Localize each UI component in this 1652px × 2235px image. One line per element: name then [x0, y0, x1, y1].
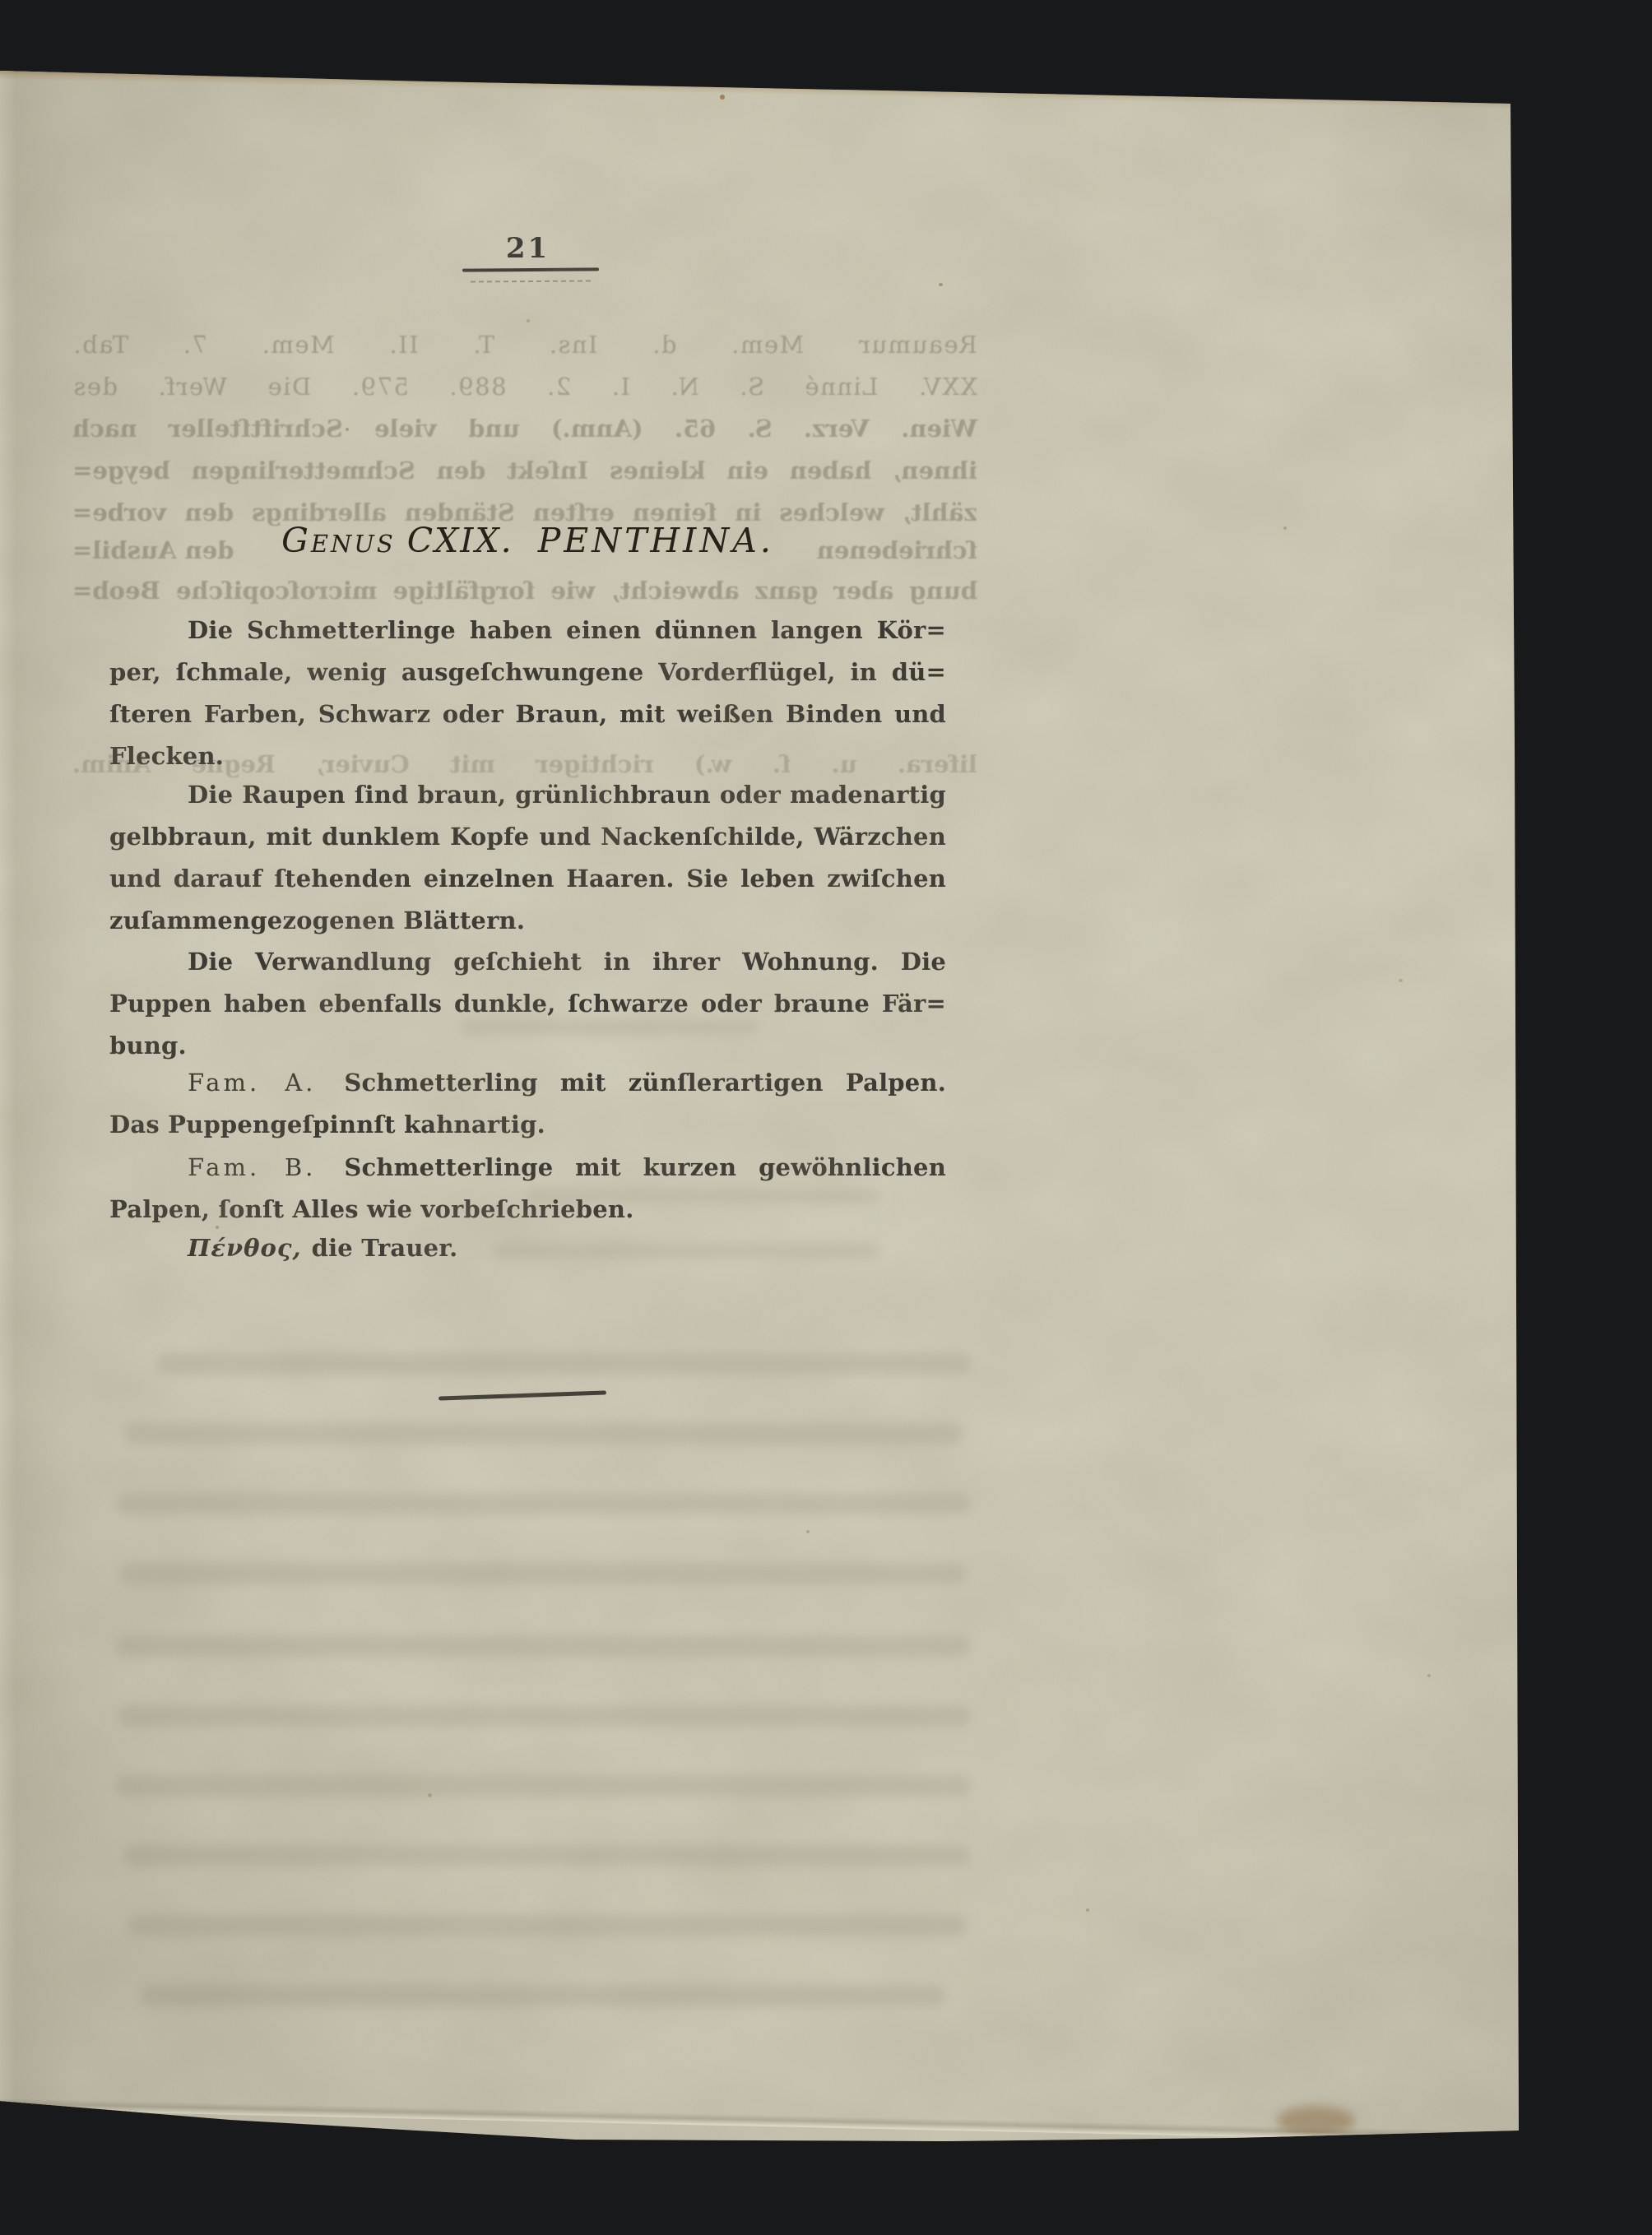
bleedthrough-line: bung aber ganz abweicht, wie ſorgfältige… [72, 572, 977, 610]
genus-word: Genus [281, 521, 396, 560]
text-line: Das Puppengeſpinnſt kahnartig. [109, 1104, 946, 1146]
text-line: Puppen haben ebenfalls dunkle, ſchwarze … [109, 983, 946, 1025]
paragraph-description-adults: Die Schmetterlinge haben einen dünnen la… [109, 610, 946, 777]
page-bottom-edge [0, 2098, 1652, 2147]
text-line: Palpen, ſonſt Alles wie vorbeſchrieben. [109, 1189, 946, 1231]
text-line: Πένθος,die Trauer. [109, 1227, 946, 1269]
section-separator-rule [439, 1390, 606, 1400]
page-top-edge [0, 69, 1652, 113]
bleedthrough-smudge [140, 1985, 946, 2006]
paper-stain [1277, 2106, 1355, 2135]
bleedthrough-line: XXV. Linné S. N. I. 2. 889. 579. Die Wer… [72, 368, 977, 406]
genus-heading: GenusCXIX.PENTHINA. [109, 517, 946, 563]
family-b-text: Schmetterlinge mit kurzen gewöhnlichen [344, 1153, 946, 1181]
gutter-shading [0, 0, 74, 2235]
etymology-text: die Trauer. [312, 1234, 458, 1262]
bleedthrough-line: ihnen, haben ein kleines Inſekt den Schm… [72, 452, 977, 489]
page-number-text: 21 [109, 234, 946, 263]
paper-speck [1086, 1908, 1089, 1912]
text-line: Die Schmetterlinge haben einen dünnen la… [109, 610, 946, 651]
page-number-rule [462, 267, 599, 271]
text-line: zuſammengezogenen Blättern. [109, 900, 946, 942]
text-line: ſteren Farben, Schwarz oder Braun, mit w… [109, 693, 946, 735]
page-number-rule-faint [471, 280, 591, 284]
genus-name: PENTHINA. [538, 521, 774, 560]
paragraph-description-caterpillars: Die Raupen ſind braun, grünlichbraun ode… [109, 774, 946, 942]
scan-backdrop: Reaumur Mem. d. Ins. T. II. Mem. 7. Tab.… [0, 0, 1652, 2235]
text-line: Fam. A.Schmetterling mit zünſlerartigen … [109, 1062, 946, 1104]
family-a-label: Fam. A. [188, 1069, 316, 1097]
paper-speck [720, 95, 725, 100]
paragraph-description-pupae: Die Verwandlung geſchieht in ihrer Wohnu… [109, 941, 946, 1067]
bleedthrough-smudge [119, 1705, 971, 1727]
text-line: Die Verwandlung geſchieht in ihrer Wohnu… [109, 941, 946, 983]
paper-speck [527, 319, 530, 322]
paragraph-etymology: Πένθος,die Trauer. [109, 1227, 946, 1269]
bleedthrough-smudge [115, 1493, 971, 1514]
text-line: Die Raupen ſind braun, grünlichbraun ode… [109, 774, 946, 816]
bleedthrough-smudge [123, 1423, 963, 1444]
paragraph-family-a: Fam. A.Schmetterling mit zünſlerartigen … [109, 1062, 946, 1146]
text-line: bung. [109, 1025, 946, 1067]
bleedthrough-smudge [115, 1775, 971, 1797]
text-line: Fam. B.Schmetterlinge mit kurzen gewöhnl… [109, 1147, 946, 1189]
genus-numeral: CXIX. [407, 521, 513, 560]
paper-speck [806, 1530, 810, 1533]
bleedthrough-smudge [128, 1915, 967, 1936]
family-b-label: Fam. B. [188, 1153, 316, 1181]
paper-speck [346, 428, 349, 431]
text-line: per, ſchmale, wenig ausgeſchwungene Vord… [109, 651, 946, 693]
bleedthrough-line: Reaumur Mem. d. Ins. T. II. Mem. 7. Tab. [72, 326, 977, 364]
text-line: gelbbraun, mit dunklem Kopfe und Nackenſ… [109, 816, 946, 858]
page-number: 21 [109, 234, 946, 263]
paper-speck [428, 1793, 432, 1797]
bleedthrough-smudge [156, 1353, 971, 1375]
paper-speck [1427, 1674, 1431, 1677]
text-line: Flecken. [109, 735, 946, 777]
greek-word: Πένθος, [188, 1234, 302, 1262]
paper-speck [216, 1226, 219, 1229]
bleedthrough-smudge [119, 1563, 967, 1584]
family-a-text: Schmetterling mit zünſlerartigen Palpen. [344, 1069, 946, 1097]
text-line: und darauf ſtehenden einzelnen Haaren. S… [109, 858, 946, 900]
paper-speck [1399, 979, 1403, 982]
bleedthrough-smudge [123, 1845, 971, 1866]
paper-speck [939, 283, 943, 286]
bleedthrough-line: Wien. Verz. S. 65. (Anm.) und viele Schr… [72, 410, 977, 447]
paper-speck [1283, 526, 1287, 530]
paragraph-family-b: Fam. B.Schmetterlinge mit kurzen gewöhnl… [109, 1147, 946, 1231]
book-page: Reaumur Mem. d. Ins. T. II. Mem. 7. Tab.… [0, 0, 1652, 2235]
bleedthrough-smudge [115, 1635, 971, 1657]
